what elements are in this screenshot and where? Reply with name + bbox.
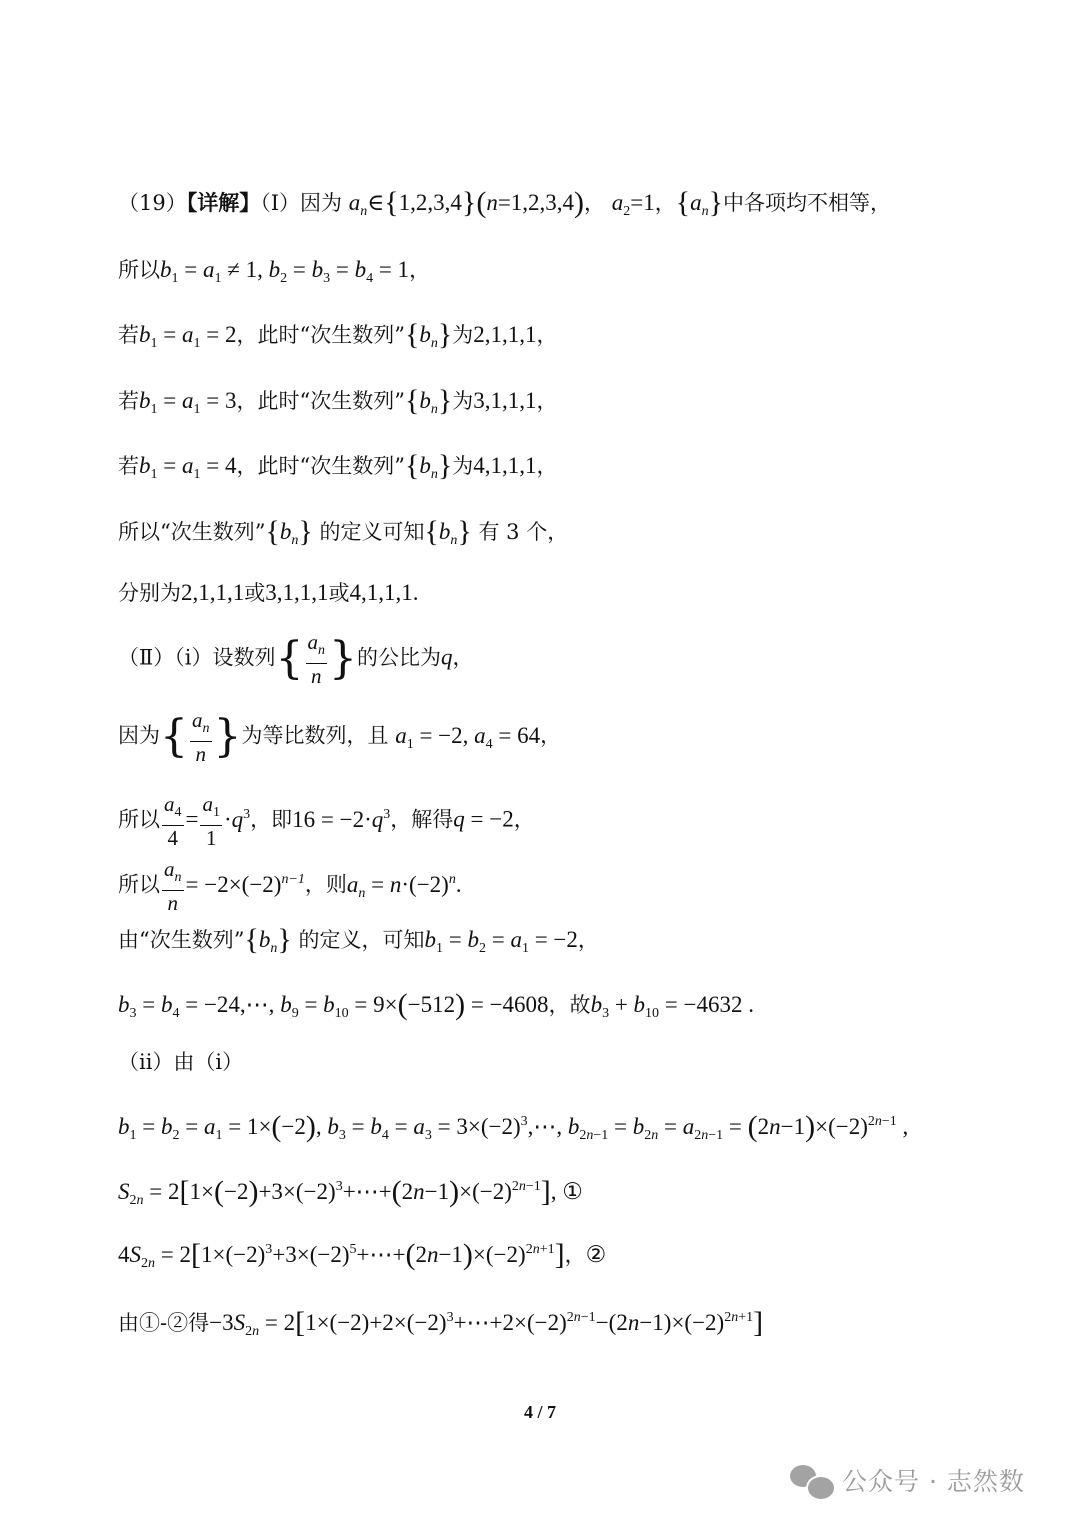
solution-line-8: （Ⅱ）（i）设数列{ann}的公比为q， [118,630,474,688]
solution-line-5: 若b1 = a1 = 4，此时“次生数列”{bn}为4,1,1,1， [118,451,558,490]
text: ，故 [549,993,591,1017]
solution-line-10: 所以a44=a11·q3，即16 = −2·q3，解得q = −2， [118,792,535,850]
text: 的公比为 [357,646,441,670]
solution-line-13: b3 = b4 = −24,⋯, b9 = b10 = 9×(−512) = −… [118,990,754,1029]
solution-line-4: 若b1 = a1 = 3，此时“次生数列”{bn}为3,1,1,1， [118,386,558,425]
text: 为 [452,323,473,347]
page-number: 4 / 7 [0,1402,1080,1423]
text: 因为 [300,191,342,215]
solution-line-18: 由①-②得−3S2n = 2[1×(−2)+2×(−2)3+⋯+2×(−2)2n… [118,1303,763,1347]
text: （Ⅱ）（i）设数列 [118,646,276,670]
text: 所以 [118,873,160,897]
solution-line-11: 所以ann= −2×(−2)n−1，则an = n·(−2)n. [118,857,462,915]
text: 为 [452,454,473,478]
solution-line-17: 4S2n = 2[1×(−2)3+3×(−2)5+⋯+(2n−1)×(−2)2n… [118,1235,606,1279]
text: 因为 [118,724,160,748]
watermark-text: 公众号 · 志然数 [842,1462,1025,1498]
text: 由①-②得 [118,1311,209,1335]
solution-line-3: 若b1 = a1 = 2，此时“次生数列”{bn}为2,1,1,1， [118,320,558,359]
wechat-icon [790,1463,834,1497]
solution-line-15: b1 = b2 = a1 = 1×(−2), b3 = b4 = a3 = 3×… [118,1107,908,1151]
solution-line-14: （ii）由（i） [118,1047,243,1077]
text: 或 [329,581,350,605]
text: ，即 [250,808,292,832]
text: （ii）由（i） [118,1050,243,1074]
text: 的定义可知 [319,520,424,544]
solution-line-6: 所以“次生数列”{bn} 的定义可知{bn} 有 3 个， [118,517,568,556]
solution-line-7: 分别为2,1,1,1或3,1,1,1或4,1,1,1. [118,578,419,608]
text: 分别为 [118,581,181,605]
text: 若 [118,389,139,413]
part-label: （Ⅰ） [260,191,300,215]
solution-line-9: 因为{ann}为等比数列，且 a1 = −2, a4 = 64， [118,708,561,766]
text: 为 [452,389,473,413]
text: 由“次生数列” [118,928,244,952]
text: 中各项均不相等， [723,191,891,215]
text: 为等比数列，且 [242,724,389,748]
solution-line-1: （19）【详解】（Ⅰ）因为 an∈{1,2,3,4}(n=1,2,3,4)， a… [118,188,891,227]
text: ，则 [305,873,347,897]
text: ，此时“次生数列” [236,389,404,413]
text: 或 [244,581,265,605]
solution-line-2: 所以b1 = a1 ≠ 1, b2 = b3 = b4 = 1， [118,255,430,294]
text: 若 [118,454,139,478]
watermark: 公众号 · 志然数 [790,1462,1025,1498]
text: ，解得 [390,808,453,832]
text: 的定义，可知 [298,928,424,952]
text: 所以 [118,258,160,282]
text: ，此时“次生数列” [236,454,404,478]
text: ，此时“次生数列” [236,323,404,347]
text: 所以 [118,808,160,832]
solution-line-16: S2n = 2[1×(−2)+3×(−2)3+⋯+(2n−1)×(−2)2n−1… [118,1172,583,1216]
detail-heading: 【详解】 [187,190,261,215]
solution-line-12: 由“次生数列”{bn} 的定义，可知b1 = b2 = a1 = −2， [118,925,599,964]
text: 所以“次生数列” [118,520,265,544]
text: 若 [118,323,139,347]
text: 有 3 个， [478,520,568,544]
problem-number: （19） [118,191,187,215]
